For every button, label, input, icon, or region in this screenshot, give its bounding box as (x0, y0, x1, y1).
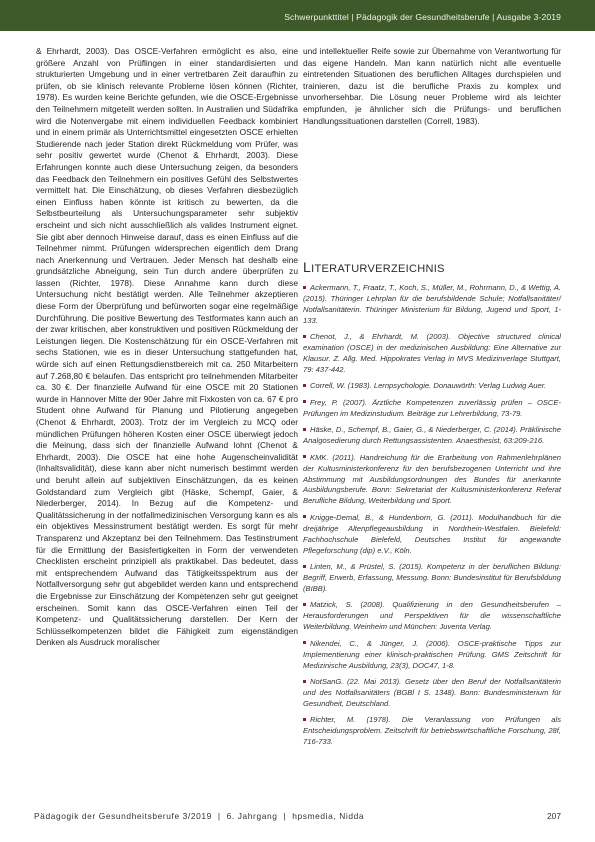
bullet-icon (303, 400, 306, 403)
reference-item: Correll, W. (1983). Lernpsychologie. Don… (303, 381, 561, 392)
reference-item: Chenot, J., & Ehrhardt, M. (2003). Objec… (303, 332, 561, 376)
reference-item: Ackermann, T., Fraatz, T., Koch, S., Mül… (303, 283, 561, 327)
footer-journal: Pädagogik der Gesundheitsberufe 3/2019 (34, 811, 212, 821)
bullet-icon (303, 565, 306, 568)
bullet-icon (303, 680, 306, 683)
footer-separator: | (283, 811, 286, 821)
body-column-left: & Ehrhardt, 2003). Das OSCE-Verfahren er… (36, 46, 298, 649)
body-text-right: und intellektueller Reife sowie zur Über… (303, 46, 561, 127)
reference-item: Richter, M. (1978). Die Veranlassung von… (303, 715, 561, 748)
page-number: 207 (547, 811, 561, 821)
literature-heading-initial: L (303, 259, 311, 275)
reference-item: Matzick, S. (2008). Qualifizierung in de… (303, 600, 561, 633)
reference-item: Häske, D., Schempf, B., Gaier, G., & Nie… (303, 425, 561, 447)
body-text-left: & Ehrhardt, 2003). Das OSCE-Verfahren er… (36, 46, 298, 649)
bullet-icon (303, 286, 306, 289)
literature-heading: LITERATURVERZEICHNIS (303, 259, 445, 275)
header-bar: Schwerpunkttitel | Pädagogik der Gesundh… (0, 0, 595, 31)
reference-item: Nikendei, C., & Jünger, J. (2006). OSCE-… (303, 639, 561, 672)
bullet-icon (303, 335, 306, 338)
bullet-icon (303, 718, 306, 721)
reference-item: KMK. (2011). Handreichung für die Erarbe… (303, 453, 561, 508)
reference-item: Frey, P. (2007). Ärztliche Kompetenzen z… (303, 398, 561, 420)
page-footer: Pädagogik der Gesundheitsberufe 3/2019|6… (34, 811, 364, 821)
footer-volume: 6. Jahrgang (227, 811, 278, 821)
running-title: Schwerpunkttitel | Pädagogik der Gesundh… (284, 12, 561, 22)
bullet-icon (303, 428, 306, 431)
bullet-icon (303, 455, 306, 458)
reference-item: Linten, M., & Prüstel, S. (2015). Kompet… (303, 562, 561, 595)
reference-list: Ackermann, T., Fraatz, T., Koch, S., Mül… (303, 283, 561, 754)
bullet-icon (303, 641, 306, 644)
reference-item: NotSanG. (22. Mai 2013). Gesetz über den… (303, 677, 561, 710)
reference-item: Knigge-Demal, B., & Hundenborn, G. (2011… (303, 513, 561, 557)
body-column-right: und intellektueller Reife sowie zur Über… (303, 46, 561, 127)
footer-publisher: hpsmedia, Nidda (292, 811, 364, 821)
footer-separator: | (218, 811, 221, 821)
bullet-icon (303, 515, 306, 518)
literature-heading-rest: ITERATURVERZEICHNIS (311, 263, 445, 275)
bullet-icon (303, 603, 306, 606)
bullet-icon (303, 384, 306, 387)
